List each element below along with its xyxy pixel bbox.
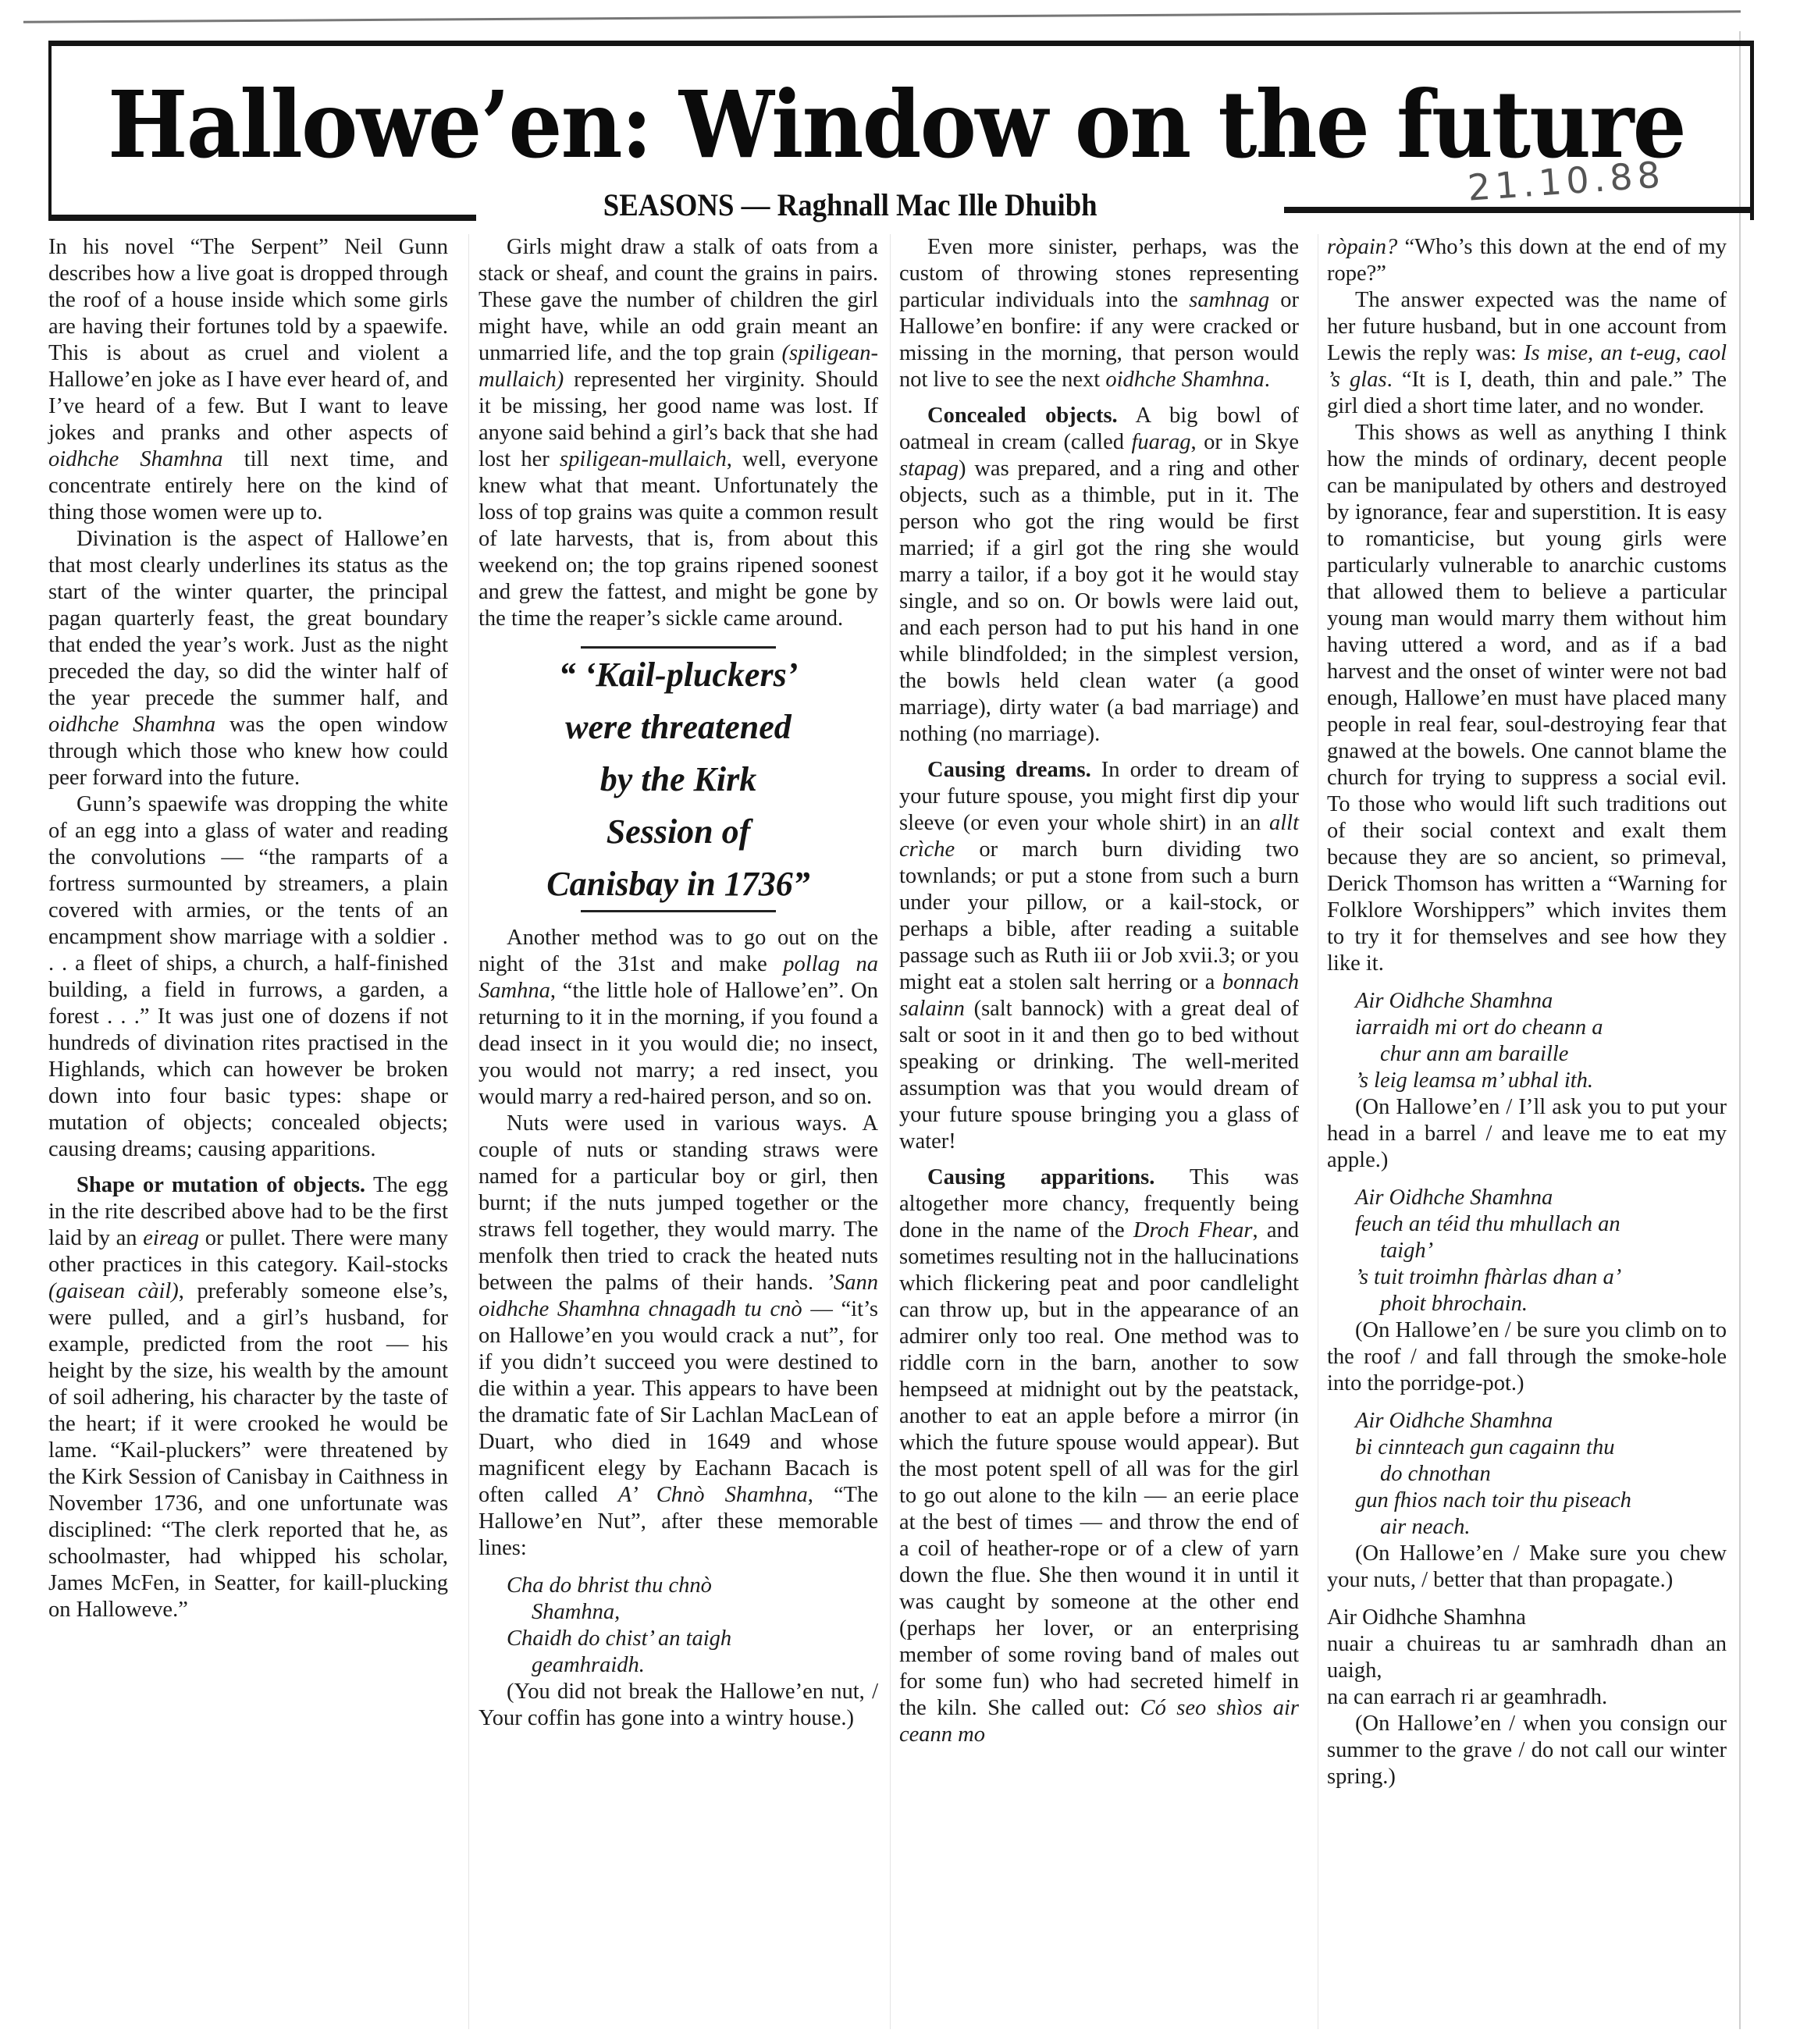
byline-rule-right [1284, 207, 1752, 213]
subheading: Concealed objects. [927, 403, 1118, 428]
pull-quote-rule [581, 910, 776, 912]
paragraph: Nuts were used in various ways. A couple… [478, 1111, 878, 1562]
paragraph: Gunn’s spaewife was dropping the white o… [48, 791, 448, 1163]
paragraph: Girls might draw a stalk of oats from a … [478, 234, 878, 632]
article-column-4: ròpain? “Who’s this down at the end of m… [1327, 234, 1727, 1790]
paragraph: ròpain? “Who’s this down at the end of m… [1327, 234, 1727, 287]
column-gutter [890, 234, 891, 2029]
article-column-1: In his novel “The Serpent” Neil Gunn des… [48, 234, 448, 1623]
paragraph: This shows as well as anything I think h… [1327, 420, 1727, 977]
paragraph: Even more sinister, perhaps, was the cus… [899, 234, 1299, 393]
column-gutter [1318, 234, 1318, 2029]
paragraph: Another method was to go out on the nigh… [478, 925, 878, 1111]
paragraph: Concealed objects. A big bowl of oatmeal… [899, 403, 1299, 748]
pull-quote: “ ‘Kail-pluckers’ were threatened by the… [478, 646, 878, 912]
gaelic-verse: Air Oidhche Shamhna nuair a chuireas tu … [1327, 1605, 1727, 1711]
gaelic-verse: Air Oidhche Shamhna bi cinnteach gun cag… [1355, 1408, 1727, 1541]
paragraph: The answer expected was the name of her … [1327, 287, 1727, 420]
clipping-top-edge [23, 10, 1741, 37]
paragraph: In his novel “The Serpent” Neil Gunn des… [48, 234, 448, 526]
byline: SEASONS — Raghnall Mac Ille Dhuibh [484, 186, 1216, 225]
subheading: Causing apparitions. [927, 1165, 1154, 1189]
byline-rule-left [48, 215, 476, 221]
gaelic-verse: Air Oidhche Shamhna feuch an téid thu mh… [1355, 1185, 1727, 1317]
verse-translation: (On Hallowe’en / be sure you climb on to… [1327, 1317, 1727, 1397]
gaelic-verse: Cha do bhrist thu chnò Shamhna, Chaidh d… [507, 1573, 878, 1679]
subheading: Causing dreams. [927, 758, 1091, 782]
headline: Hallowe’en: Window on the future [108, 74, 1544, 176]
verse-translation: (On Hallowe’en / Make sure you chew your… [1327, 1541, 1727, 1594]
clipping-right-edge [1739, 31, 1741, 2029]
verse-translation: (You did not break the Hallowe’en nut, /… [478, 1679, 878, 1732]
paragraph: Divination is the aspect of Hallowe’en t… [48, 526, 448, 791]
verse-translation: (On Hallowe’en / I’ll ask you to put you… [1327, 1094, 1727, 1174]
article-column-3: Even more sinister, perhaps, was the cus… [899, 234, 1299, 1748]
paragraph: Causing dreams. In order to dream of you… [899, 757, 1299, 1155]
subheading: Shape or mutation of objects. [76, 1173, 365, 1197]
column-gutter [468, 234, 469, 2029]
verse-translation: (On Hallowe’en / when you consign our su… [1327, 1711, 1727, 1790]
article-column-2: Girls might draw a stalk of oats from a … [478, 234, 878, 1732]
gaelic-verse: Air Oidhche Shamhna iarraidh mi ort do c… [1355, 988, 1727, 1094]
paragraph: Causing apparitions. This was altogether… [899, 1164, 1299, 1748]
paragraph: Shape or mutation of objects. The egg in… [48, 1172, 448, 1623]
